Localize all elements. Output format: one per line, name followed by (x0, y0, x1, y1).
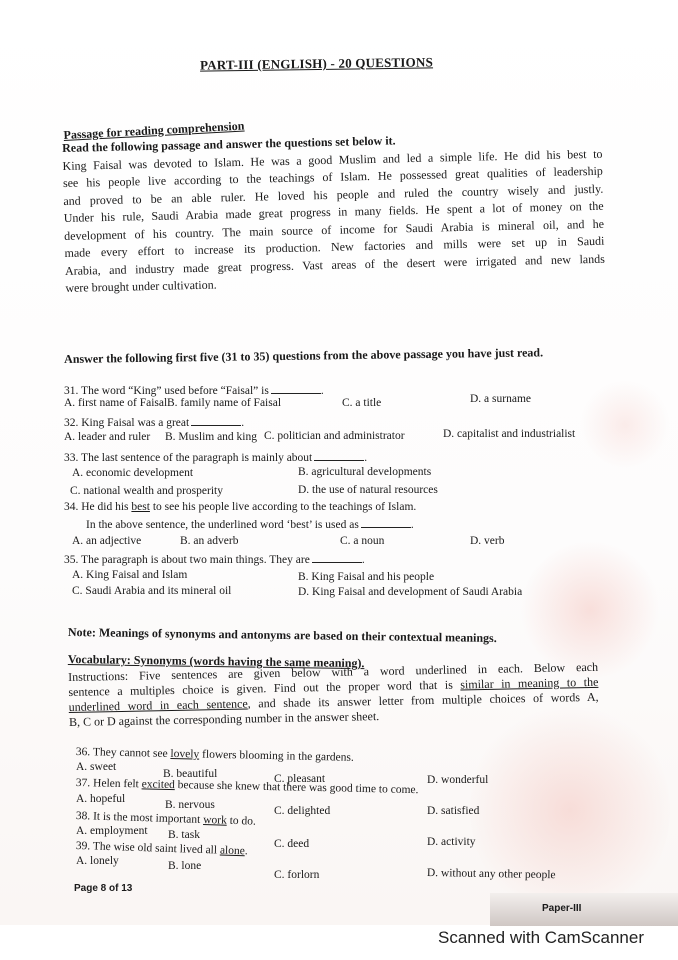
option: C. Saudi Arabia and its mineral oil (72, 585, 231, 597)
instruction-underlined: similar in meaning to the (460, 675, 598, 692)
paper-tag: Paper-III (490, 893, 678, 926)
question-text: The paragraph is about two main things. … (81, 554, 310, 566)
question-subtext: In the above sentence, the underlined wo… (86, 519, 359, 531)
option: D. a surname (470, 393, 531, 405)
option: A. hopeful (76, 793, 125, 805)
question-number: 34. (64, 501, 78, 513)
question-34: 34. He did his best to see his people li… (64, 501, 416, 513)
question-text: It is the most important (93, 811, 201, 826)
question-text: because she knew that there was good tim… (178, 779, 419, 796)
answer-blank (191, 415, 241, 426)
question-text: Helen felt (93, 777, 139, 790)
underlined-word: alone (220, 845, 245, 858)
option: C. deed (274, 838, 309, 850)
option: D. wonderful (427, 774, 488, 786)
option: B. an adverb (180, 535, 238, 547)
question-text: The last sentence of the paragraph is ma… (81, 452, 312, 464)
question-35: 35. The paragraph is about two main thin… (64, 552, 365, 566)
option: A. leader and ruler (64, 431, 150, 443)
comprehension-instruction: Answer the following first five (31 to 3… (64, 345, 543, 367)
camscanner-watermark: Scanned with CamScanner (438, 928, 644, 948)
question-text: He did his (81, 501, 128, 513)
option: B. family name of Faisal (167, 397, 281, 409)
question-number: 35. (64, 554, 78, 566)
question-text: . (245, 845, 248, 857)
question-text: to do. (230, 815, 257, 828)
option: B. lone (168, 860, 201, 872)
option: A. employment (76, 825, 148, 837)
option: C. forlorn (274, 869, 319, 881)
passage-text: Read the following passage and answer th… (62, 128, 605, 298)
vocabulary-instructions: Instructions: Five sentences are given b… (68, 660, 599, 730)
option: D. the use of natural resources (298, 484, 438, 496)
answer-blank (312, 552, 362, 563)
option: D. capitalist and industrialist (443, 428, 575, 440)
question-number: 33. (64, 452, 78, 464)
option: A. an adjective (72, 535, 141, 547)
page-number: Page 8 of 13 (74, 883, 132, 894)
option: B. King Faisal and his people (298, 571, 434, 583)
paper-label: Paper-III (542, 903, 581, 914)
option: B. nervous (165, 799, 215, 811)
underlined-word: lovely (170, 748, 199, 761)
instructions-label: Instructions: (68, 669, 128, 684)
underlined-word: work (203, 814, 227, 827)
option: A. King Faisal and Islam (72, 569, 187, 581)
option: C. a noun (340, 535, 384, 547)
option: A. first name of Faisal (64, 397, 167, 409)
option: A. sweet (76, 761, 116, 773)
option: A. economic development (72, 467, 193, 479)
question-36: 36. They cannot see lovely flowers bloom… (76, 746, 354, 764)
option: D. verb (470, 535, 505, 547)
question-number: 37. (76, 777, 91, 789)
question-31: 31. The word “King” used before “Faisal”… (64, 383, 324, 397)
underlined-word: excited (142, 778, 175, 791)
option: D. activity (427, 836, 476, 848)
question-text: The word “King” used before “Faisal” is (81, 385, 269, 397)
question-text: King Faisal was a great (81, 417, 189, 429)
question-number: 32. (64, 417, 78, 429)
option: D. without any other people (427, 867, 556, 881)
question-37: 37. Helen felt excited because she knew … (76, 777, 419, 796)
question-number: 38. (76, 810, 91, 822)
option: D. King Faisal and development of Saudi … (298, 586, 522, 598)
scan-smudge (470, 700, 670, 920)
option: D. satisfied (427, 805, 479, 817)
option: A. lonely (76, 855, 119, 867)
question-text: They cannot see (93, 746, 168, 760)
option: C. national wealth and prosperity (70, 485, 223, 497)
option: C. delighted (274, 805, 330, 817)
question-number: 31. (64, 385, 78, 397)
answer-blank (314, 450, 364, 461)
answer-blank (361, 517, 411, 528)
answer-blank (271, 383, 321, 394)
question-32: 32. King Faisal was a great. (64, 415, 244, 429)
question-text: to see his people live according to the … (153, 501, 416, 513)
option: B. agricultural developments (298, 466, 431, 478)
question-text: flowers blooming in the gardens. (202, 749, 354, 764)
question-number: 39. (76, 840, 91, 852)
question-number: 36. (76, 746, 91, 758)
option: B. Muslim and king (165, 431, 257, 443)
synonyms-note: Note: Meanings of synonyms and antonyms … (68, 625, 497, 646)
question-34-subtext: In the above sentence, the underlined wo… (86, 517, 414, 531)
page-title: PART-III (ENGLISH) - 20 QUESTIONS (200, 54, 433, 73)
scanned-page: PART-III (ENGLISH) - 20 QUESTIONS Passag… (0, 0, 678, 925)
option: B. task (168, 829, 200, 841)
option: C. politician and administrator (264, 430, 405, 442)
underlined-word: best (131, 501, 150, 513)
scan-smudge (580, 380, 670, 470)
option: C. a title (342, 397, 381, 409)
question-33: 33. The last sentence of the paragraph i… (64, 450, 367, 464)
